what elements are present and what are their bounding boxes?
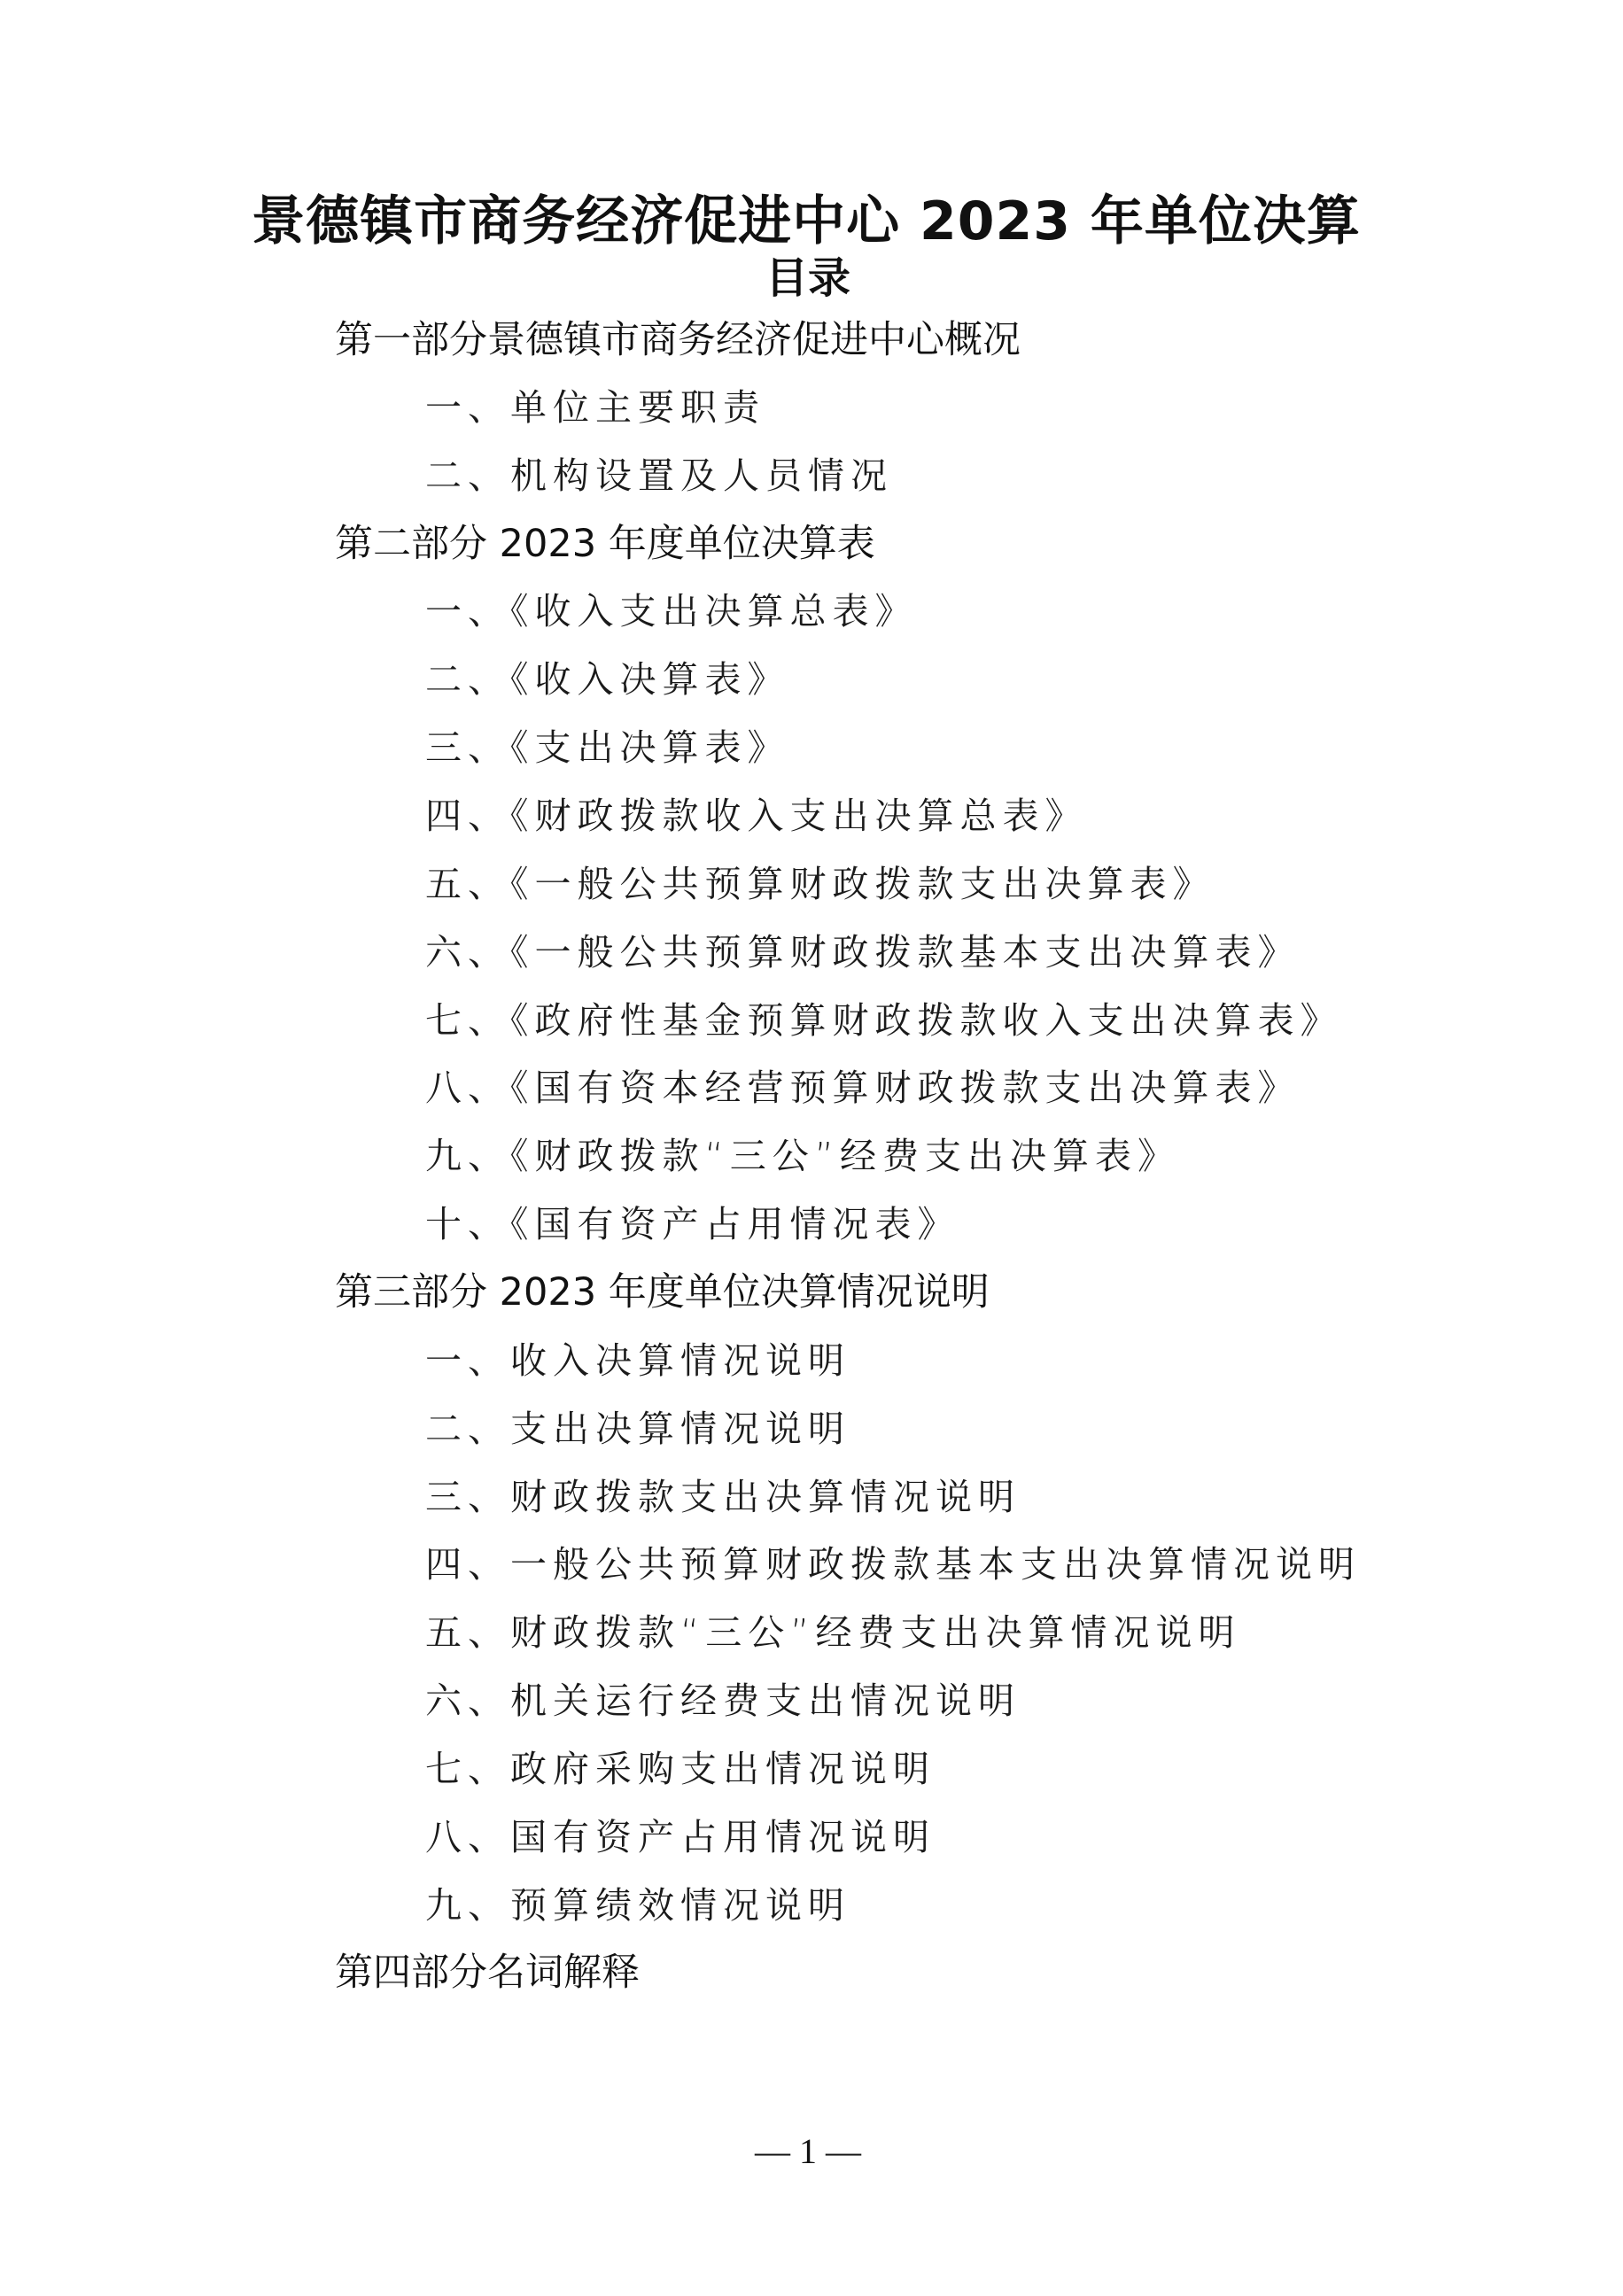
toc-part-2-item-9: 九、《财政拨款“三公”经费支出决算表》 bbox=[425, 1131, 1180, 1181]
toc-part-3-item-7: 七、政府采购支出情况说明 bbox=[425, 1744, 936, 1794]
page-number: — 1 — bbox=[0, 2129, 1619, 2174]
toc-part-2-item-1: 一、《收入支出决算总表》 bbox=[425, 586, 918, 636]
toc-part-2-item-4: 四、《财政拨款收入支出决算总表》 bbox=[425, 791, 1088, 841]
toc-part-3-item-9: 九、预算绩效情况说明 bbox=[425, 1881, 850, 1930]
toc-part-2-item-8: 八、《国有资本经营预算财政拨款支出决算表》 bbox=[425, 1063, 1301, 1113]
document-page: 景德镇市商务经济促进中心 2023 年单位决算 目录 第一部分景德镇市商务经济促… bbox=[0, 0, 1623, 2296]
toc-part-1-item-1: 一、单位主要职责 bbox=[425, 383, 765, 432]
toc-part-3-item-2: 二、支出决算情况说明 bbox=[425, 1404, 850, 1454]
toc-part-3-item-3: 三、财政拨款支出决算情况说明 bbox=[425, 1472, 1021, 1522]
toc-part-2-item-5: 五、《一般公共预算财政拨款支出决算表》 bbox=[425, 859, 1215, 909]
toc-part-2-item-10: 十、《国有资产占用情况表》 bbox=[425, 1199, 960, 1249]
toc-part-3-item-6: 六、机关运行经费支出情况说明 bbox=[425, 1676, 1021, 1726]
toc-part-1-title: 第一部分景德镇市商务经济促进中心概况 bbox=[335, 315, 1021, 365]
toc-part-2-item-3: 三、《支出决算表》 bbox=[425, 723, 790, 772]
toc-part-1-item-2: 二、机构设置及人员情况 bbox=[425, 451, 893, 500]
toc-part-3-item-1: 一、收入决算情况说明 bbox=[425, 1336, 850, 1385]
table-of-contents: 第一部分景德镇市商务经济促进中心概况 一、单位主要职责 二、机构设置及人员情况 … bbox=[0, 0, 1623, 2296]
toc-part-2-item-2: 二、《收入决算表》 bbox=[425, 655, 790, 704]
toc-part-3-item-4: 四、一般公共预算财政拨款基本支出决算情况说明 bbox=[425, 1540, 1361, 1589]
toc-part-4-title: 第四部分名词解释 bbox=[335, 1948, 640, 1997]
toc-part-3-item-5: 五、财政拨款“三公”经费支出决算情况说明 bbox=[425, 1608, 1240, 1657]
toc-part-3-title: 第三部分 2023 年度单位决算情况说明 bbox=[335, 1268, 990, 1317]
toc-part-2-item-6: 六、《一般公共预算财政拨款基本支出决算表》 bbox=[425, 927, 1301, 977]
toc-part-2-item-7: 七、《政府性基金预算财政拨款收入支出决算表》 bbox=[425, 996, 1343, 1045]
toc-part-2-title: 第二部分 2023 年度单位决算表 bbox=[335, 519, 875, 569]
toc-part-3-item-8: 八、国有资产占用情况说明 bbox=[425, 1812, 936, 1862]
